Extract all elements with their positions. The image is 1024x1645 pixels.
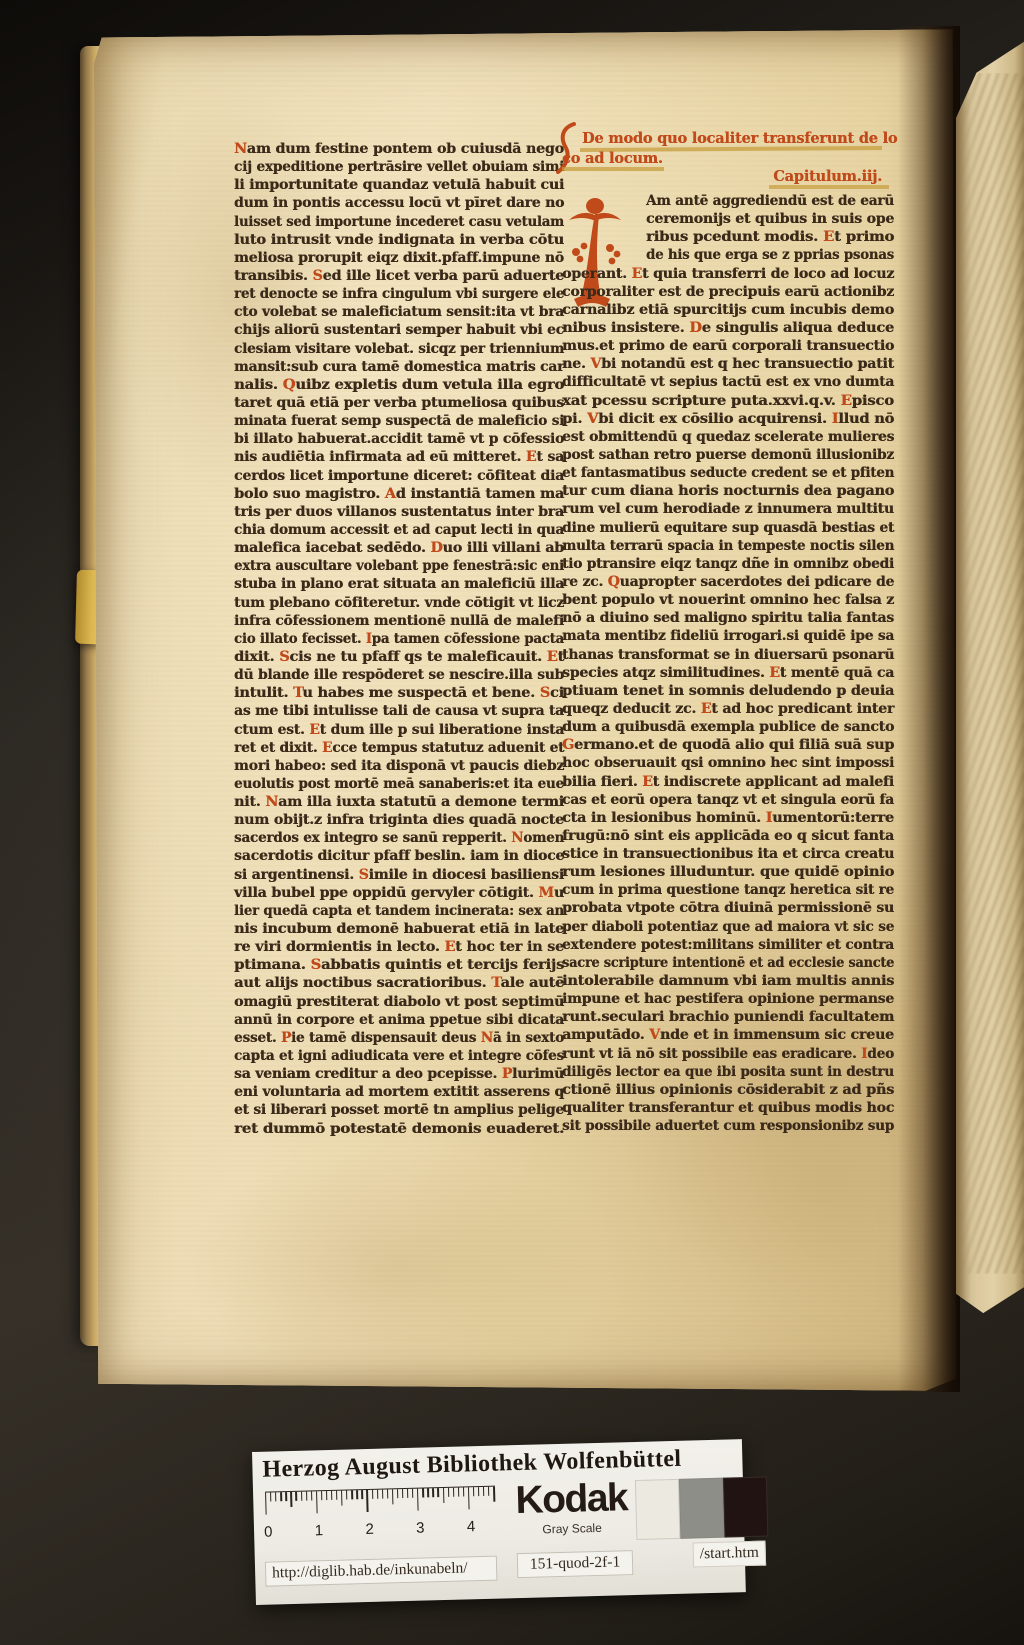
text-line: ctionē illius opinionis cōsiderabit z ad… bbox=[562, 1081, 894, 1099]
url-row: http://diglib.hab.de/inkunabeln/ 151-quo… bbox=[265, 1547, 736, 1589]
ruler-tick bbox=[295, 1492, 297, 1501]
ruler-tick bbox=[361, 1490, 363, 1499]
ruler-tick bbox=[427, 1488, 429, 1497]
text-line: lier quedā capta et tandem incinerata: s… bbox=[234, 902, 564, 920]
text-line: amputādo. Vnde et in immensum sic creue bbox=[562, 1026, 894, 1044]
ruler-tick bbox=[377, 1490, 379, 1499]
ruler-tick bbox=[458, 1488, 460, 1497]
text-line: sacerdos ex integro se sanū repperit. No… bbox=[234, 829, 564, 847]
facing-page-text-blur bbox=[961, 73, 1024, 1275]
text-line: ceremonijs et quibus in suis ope bbox=[562, 210, 894, 228]
text-line: luto intrusit vnde indignata in verba cō… bbox=[234, 231, 564, 249]
text-line: et si liberari posset mortē tn amplius p… bbox=[234, 1101, 564, 1119]
ruler-tick bbox=[402, 1489, 404, 1498]
text-line: impune et hac pestifera opinione permans… bbox=[562, 990, 894, 1008]
ruler-tick bbox=[351, 1490, 353, 1499]
text-line: clesiam visitare volebat. sicqz per trie… bbox=[234, 340, 564, 358]
left-text-column: Nam dum festine pontem ob cuiusdā negoci… bbox=[234, 140, 564, 1144]
text-line: et fantasmatibus seducte credent se et p… bbox=[562, 464, 894, 482]
ruler-number: 4 bbox=[467, 1518, 476, 1535]
text-line: sacre scripture intentionē et ad ecclesi… bbox=[562, 954, 894, 972]
ruler-tick bbox=[382, 1490, 384, 1499]
ruler-tick bbox=[321, 1491, 323, 1500]
ruler-number: 0 bbox=[264, 1523, 273, 1540]
text-line: omagiū prestiterat diabolo vt post septi… bbox=[234, 993, 564, 1011]
facing-page-edge bbox=[956, 34, 1024, 1326]
ruler-number: 3 bbox=[416, 1520, 425, 1537]
text-line: eni voluntaria ad mortem extitit asseren… bbox=[234, 1083, 564, 1101]
gray-scale-patches bbox=[635, 1477, 769, 1540]
right-text-column: De modo quo localiter transferunt de lo … bbox=[562, 130, 894, 1160]
text-line: nis audiētia infirmata ad eū mitteret. E… bbox=[234, 448, 564, 466]
book-gutter-shadow bbox=[898, 26, 960, 1392]
ruler-tick bbox=[473, 1487, 475, 1496]
ruler-tick bbox=[478, 1487, 480, 1496]
text-line: nō a diuino sed maligno spiritu talia fa… bbox=[562, 609, 894, 627]
gray-patch bbox=[635, 1479, 681, 1540]
ruler-tick bbox=[397, 1489, 399, 1498]
text-line: dum a quibusdā exempla publice de sancto bbox=[562, 718, 894, 736]
ruler-tick bbox=[437, 1488, 439, 1497]
kodak-logo: Kodak bbox=[507, 1478, 636, 1521]
text-line: esset. Pie tamē dispensauit deus Nā in s… bbox=[234, 1029, 564, 1047]
url-suffix: /start.htm bbox=[693, 1541, 767, 1568]
text-line: tum plebano cōfiteretur. vnde cōtigit vt… bbox=[234, 594, 564, 612]
ruler-tick bbox=[468, 1487, 470, 1509]
text-line: ret dummō potestatē demonis euaderet. bbox=[234, 1120, 564, 1138]
ruler-tick bbox=[417, 1489, 419, 1511]
ruler-tick bbox=[265, 1493, 267, 1515]
text-line: carnalibz etiā spurcitijs cum incubis de… bbox=[562, 301, 894, 319]
ruler-tick bbox=[356, 1490, 358, 1499]
ruler-tick bbox=[387, 1489, 389, 1498]
ruler-tick bbox=[270, 1493, 272, 1502]
text-line: ctum est. Et dum ille p sui liberatione … bbox=[234, 721, 564, 739]
text-line: mus.et primo de earū corporali transuect… bbox=[562, 337, 894, 355]
text-line: as me tibi intulisse tali de causa vt su… bbox=[234, 702, 564, 720]
ruler-tick bbox=[493, 1487, 495, 1502]
ruler-tick bbox=[341, 1491, 343, 1506]
ruler-tick bbox=[463, 1487, 465, 1496]
text-line: post sathan retro puerse demonū illusion… bbox=[562, 446, 894, 464]
text-line: sa veniam creditur a deo pcepisse. Pluri… bbox=[234, 1065, 564, 1083]
text-line: qualiter transferantur et quibus modis h… bbox=[562, 1099, 894, 1117]
text-line: re zc. Quapropter sacerdotes dei pdicare… bbox=[562, 573, 894, 591]
text-line: intolerabile damnum vbi iam multis annis bbox=[562, 972, 894, 990]
ruler-tick bbox=[336, 1491, 338, 1500]
text-line: infra cōfessionem mentionē nullā de male… bbox=[234, 612, 564, 630]
text-line: queqz deducit zc. Et ad hoc predicant in… bbox=[562, 700, 894, 718]
text-line: nalis. Quibz expletis dum vetula illa eg… bbox=[234, 376, 564, 394]
text-line: runt vt iā nō sit possibile eas eradicar… bbox=[562, 1045, 894, 1063]
text-line: cij expeditione pertrāsire vellet obuiam… bbox=[234, 158, 564, 176]
text-line: operant. Et quia transferri de loco ad l… bbox=[562, 265, 894, 283]
text-line: bi illato habuerat.accidit tamē vt p cōf… bbox=[234, 430, 564, 448]
text-line: rum vel cum herodiade z innumera multitu bbox=[562, 500, 894, 518]
ruler-tick bbox=[488, 1487, 490, 1496]
text-line: malefica iacebat sedēdo. Duo illi villan… bbox=[234, 539, 564, 557]
text-line: bilia fieri. Et indiscrete applicant ad … bbox=[562, 773, 894, 791]
text-line: capta et igni adiudicata vere et integre… bbox=[234, 1047, 564, 1065]
ruler-tick bbox=[407, 1489, 409, 1498]
text-line: corporaliter est de precipuis earū actio… bbox=[562, 283, 894, 301]
text-line: mata mentibz fideliū irrogari.si quidē i… bbox=[562, 627, 894, 645]
text-line: cas et eorū opera tanqz vt et singula eo… bbox=[562, 791, 894, 809]
ruler-tick bbox=[326, 1491, 328, 1500]
text-line: annū in corpore et anima ppetue sibi dic… bbox=[234, 1011, 564, 1029]
text-line: cerdos licet importune diceret: cōfiteat… bbox=[234, 467, 564, 485]
text-line: num obijt.z infra triginta dies quadā no… bbox=[234, 811, 564, 829]
shelfmark: 151-quod-2f-1 bbox=[517, 1550, 634, 1578]
text-line: species atqz similitudines. Et mentē quā… bbox=[562, 664, 894, 682]
text-line: tris per duos villanos sustentatus inter… bbox=[234, 503, 564, 521]
text-line: bent populo vt nouerint omnino hec falsa… bbox=[562, 591, 894, 609]
ruler-tick bbox=[346, 1491, 348, 1500]
ruler-tick bbox=[453, 1488, 455, 1497]
ruler-tick bbox=[432, 1488, 434, 1497]
text-line: cto volebat se maleficiatum sensit:ita v… bbox=[234, 303, 564, 321]
text-line: per diaboli potentiaz que ad maiora vt s… bbox=[562, 918, 894, 936]
text-line: euolutis post mortē meā sanaberis:et ita… bbox=[234, 775, 564, 793]
text-line: pi. Vbi dicit ex cōsilio acquirensi. Ill… bbox=[562, 410, 894, 428]
text-line: sit possibile aduertet cum responsionibz… bbox=[562, 1117, 894, 1135]
ruler-tick bbox=[306, 1492, 308, 1501]
text-line: nibus insistere. De singulis aliqua dedu… bbox=[562, 319, 894, 337]
text-line: ribus pcedunt modis. Et primo bbox=[562, 228, 894, 246]
text-line: re viri dormientis in lecto. Et hoc ter … bbox=[234, 938, 564, 956]
ruler-scale: 01234 bbox=[265, 1486, 496, 1552]
text-line: ret denocte se infra cingulum vbi surger… bbox=[234, 285, 564, 303]
text-line: ptimana. Sabbatis quintis et tercijs fer… bbox=[234, 956, 564, 974]
calibration-row: 01234 Kodak Gray Scale bbox=[263, 1475, 735, 1553]
ruler-numbers: 01234 bbox=[266, 1518, 496, 1544]
ruler-tick bbox=[311, 1491, 313, 1500]
ruler-tick bbox=[372, 1490, 374, 1499]
ruler-number: 2 bbox=[365, 1521, 374, 1538]
text-line: mansit:sub cura tamē domestica matris ca… bbox=[234, 358, 564, 376]
text-line: frugū:nō sint eis applicāda eo q sicut f… bbox=[562, 827, 894, 845]
text-line: rum lesiones illuduntur. que quidē opini… bbox=[562, 863, 894, 881]
text-line: luisset sed importune incederet casu vet… bbox=[234, 213, 564, 231]
photograph-background: Nam dum festine pontem ob cuiusdā negoci… bbox=[0, 0, 1024, 1645]
text-line: thanas transformat se in diuersarū psona… bbox=[562, 646, 894, 664]
text-line: probata vtpote cōtra diuinā permissionē … bbox=[562, 899, 894, 917]
ruler-tick bbox=[443, 1488, 445, 1503]
text-line: si argentinensi. Simile in diocesi basil… bbox=[234, 866, 564, 884]
text-line: stuba in plano erat situata an maleficiū… bbox=[234, 575, 564, 593]
text-line: dixit. Scis ne tu pfaff qs te maleficaui… bbox=[234, 648, 564, 666]
ruler-tick bbox=[275, 1492, 277, 1501]
ruler-tick bbox=[290, 1492, 292, 1507]
text-line: est obmittendū q quedaz scelerate mulier… bbox=[562, 428, 894, 446]
text-line: nit. Nam illa iuxta statutū a demone ter… bbox=[234, 793, 564, 811]
text-line: diligēs lector ea que ibi posita sunt in… bbox=[562, 1063, 894, 1081]
manuscript-page: Nam dum festine pontem ob cuiusdā negoci… bbox=[94, 28, 956, 1392]
gray-patch bbox=[679, 1478, 725, 1539]
ruler-tick bbox=[316, 1491, 318, 1513]
ruler-ticks bbox=[265, 1486, 496, 1516]
ruler-tick bbox=[422, 1489, 424, 1498]
ruler-tick bbox=[331, 1491, 333, 1500]
chapter-number: Capitulum.iij. bbox=[773, 168, 882, 186]
text-line: li importunitate quandaz vetulā habuit c… bbox=[234, 176, 564, 194]
text-line: cio illato fecisset. Ipa tamen cōfession… bbox=[234, 630, 564, 648]
ruler-tick bbox=[392, 1489, 394, 1504]
text-line: Germano.et de quodā alio qui filiā suā s… bbox=[562, 736, 894, 754]
parchment-stain bbox=[184, 1148, 604, 1388]
text-line: ret et dixit. Ecce tempus statutuz aduen… bbox=[234, 739, 564, 757]
text-line: Am antē aggrediendū est de earū bbox=[562, 192, 894, 210]
ruler-tick bbox=[412, 1489, 414, 1498]
gray-patch bbox=[723, 1477, 769, 1538]
text-line: xat pcessu scripture puta.xxvi.q.v. Epis… bbox=[562, 392, 894, 410]
text-line: chia domum accessit et ad caput lecti in… bbox=[234, 521, 564, 539]
text-line: multa terrarū spacia in tempeste noctis … bbox=[562, 537, 894, 555]
text-line: cta in lesionibus hominū. Iumentorū:terr… bbox=[562, 809, 894, 827]
text-line: sacerdotis dicitur pfaff beslin. iam in … bbox=[234, 847, 564, 865]
text-line: stice in transuectionibus ita et circa c… bbox=[562, 845, 894, 863]
text-line: cum in prima questione tanqz heretica si… bbox=[562, 881, 894, 899]
ruler-tick bbox=[366, 1490, 368, 1512]
text-line: hoc obseruauit qsi omnino hec sint impos… bbox=[562, 754, 894, 772]
text-line: tur cum diana horis nocturnis dea pagano bbox=[562, 482, 894, 500]
text-line: de his que erga se z pprias psonas bbox=[562, 246, 894, 264]
gray-scale-label: Gray Scale bbox=[508, 1520, 636, 1537]
text-line: dine mulierū equitare sup quasdā bestias… bbox=[562, 519, 894, 537]
text-line: runt.seculari brachio puniendi facultate… bbox=[562, 1008, 894, 1026]
ruler-tick bbox=[280, 1492, 282, 1501]
ruler-tick bbox=[301, 1492, 303, 1501]
ruler-tick bbox=[285, 1492, 287, 1501]
text-line: ptiuam tenet in somnis deludendo p deuia bbox=[562, 682, 894, 700]
text-line: extendere potest:militans similiter et c… bbox=[562, 936, 894, 954]
text-line: chijs aliorū sustentari semper habuit vb… bbox=[234, 321, 564, 339]
text-line: mori habeo: sed ita disponā vt paucis di… bbox=[234, 757, 564, 775]
text-line: intulit. Tu habes me suspectā et bene. S… bbox=[234, 684, 564, 702]
text-line: minata fuerat semp suspectā de maleficio… bbox=[234, 412, 564, 430]
text-line: meliosa prorupit eiqz dixit.pfaff.impune… bbox=[234, 249, 564, 267]
text-line: villa bubel ppe oppidū gervyler cōtigit.… bbox=[234, 884, 564, 902]
chapter-heading-line2: co ad locum. bbox=[562, 150, 663, 168]
text-line: taret quā etiā per verba ptumeliosa quib… bbox=[234, 394, 564, 412]
text-line: tio ptransire eiqz tanqz dñe in omnibz o… bbox=[562, 555, 894, 573]
text-line: aut alijs noctibus sacratioribus. Tale a… bbox=[234, 974, 564, 992]
calibration-strip: Herzog August Bibliothek Wolfenbüttel 01… bbox=[252, 1439, 746, 1605]
text-line: ne. Vbi notandū est q hec transuectio pa… bbox=[562, 355, 894, 373]
right-column-body: Am antē aggrediendū est de earūceremonij… bbox=[562, 192, 894, 1135]
ruler-tick bbox=[448, 1488, 450, 1497]
text-line: transibis. Sed ille licet verba parū adu… bbox=[234, 267, 564, 285]
chapter-heading-line1: De modo quo localiter transferunt de lo bbox=[582, 130, 897, 148]
text-line: dū blande ille respōderet se nescire.ill… bbox=[234, 666, 564, 684]
text-line: extra auscultare volebant ppe fenestrā:s… bbox=[234, 557, 564, 575]
text-line: nis incubum demonē habuerat etiā in late bbox=[234, 920, 564, 938]
ruler-tick bbox=[483, 1487, 485, 1496]
url-prefix: http://diglib.hab.de/inkunabeln/ bbox=[265, 1556, 498, 1587]
ruler-number: 1 bbox=[315, 1522, 324, 1539]
text-line: difficultatē vt sepius tactū est ex vno … bbox=[562, 373, 894, 391]
text-line: bolo suo magistro. Ad instantiā tamen ma bbox=[234, 485, 564, 503]
text-line: Nam dum festine pontem ob cuiusdā nego bbox=[234, 140, 564, 158]
kodak-block: Kodak Gray Scale bbox=[507, 1478, 636, 1537]
text-line: dum in pontis accessu locū vt pīret dare… bbox=[234, 194, 564, 212]
